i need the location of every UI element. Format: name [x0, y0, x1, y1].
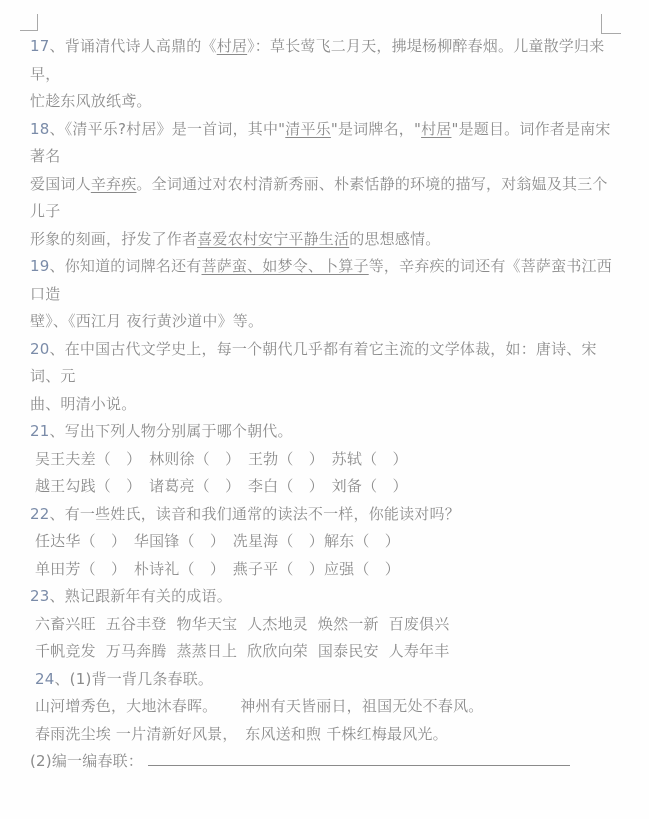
text-segment: 六畜兴旺 五谷丰登 物华天宝 人杰地灵 焕然一新 百废俱兴: [30, 615, 449, 633]
text-line: 吴王夫差（ ） 林则徐（ ） 王勃（ ） 苏轼（ ）: [30, 446, 622, 474]
text-line: 爱国词人辛弃疾。全词通过对农村清新秀丽、朴素恬静的环境的描写，对翁媪及其三个儿子: [30, 171, 622, 226]
document-page: 17、背诵清代诗人高鼎的《村居》：草长莺飞二月天，拂堤杨柳醉春烟。儿童散学归来早…: [0, 0, 649, 819]
text-line: 17、背诵清代诗人高鼎的《村居》：草长莺飞二月天，拂堤杨柳醉春烟。儿童散学归来早…: [30, 33, 622, 88]
text-segment: 的思想感情。: [349, 230, 440, 248]
text-segment: 爱国词人: [30, 175, 91, 193]
underlined-text: 菩萨蛮、如梦令、卜算子: [202, 257, 369, 275]
text-line: 千帆竞发 万马奔腾 蒸蒸日上 欣欣向荣 国泰民安 人寿年丰: [30, 638, 622, 666]
text-segment: 任达华（ ） 华国锋（ ） 冼星海（ ）解东（ ）: [30, 532, 400, 550]
margin-crop-mark-top-left-icon: [20, 14, 38, 31]
text-segment: 吴王夫差（ ） 林则徐（ ） 王勃（ ） 苏轼（ ）: [30, 450, 408, 468]
text-segment: 山河增秀色，大地沐春晖。 神州有天皆丽日，祖国无处不春风。: [30, 697, 483, 715]
answer-blank-line[interactable]: [148, 749, 570, 766]
text-segment: 单田芳（ ） 朴诗礼（ ） 燕子平（ ）应强（ ）: [30, 560, 400, 578]
text-line: 形象的刻画，抒发了作者喜爱农村安宁平静生活的思想感情。: [30, 226, 622, 254]
item-number: 23: [30, 587, 50, 605]
text-segment: 、背诵清代诗人高鼎的《: [50, 37, 217, 55]
text-segment: 曲、明清小说。: [30, 395, 136, 413]
underlined-text: 清平乐: [285, 120, 331, 138]
text-line: 22、有一些姓氏，读音和我们通常的读法不一样，你能读对吗？: [30, 501, 622, 529]
text-segment: (2)编一编春联：: [30, 752, 148, 770]
text-line: 越王勾践（ ） 诸葛亮（ ） 李白（ ） 刘备（ ）: [30, 473, 622, 501]
text-line: 21、写出下列人物分别属于哪个朝代。: [30, 418, 622, 446]
text-segment: 春雨洗尘埃 一片清新好风景， 东风送和煦 千株红梅最风光。: [30, 725, 448, 743]
text-segment: "是词牌名，": [331, 120, 421, 138]
item-number: 20: [30, 340, 50, 358]
document-content: 17、背诵清代诗人高鼎的《村居》：草长莺飞二月天，拂堤杨柳醉春烟。儿童散学归来早…: [30, 33, 622, 776]
text-line: 19、你知道的词牌名还有菩萨蛮、如梦令、卜算子等，辛弃疾的词还有《菩萨蛮书江西口…: [30, 253, 622, 308]
text-line: 壁》、《西江月 夜行黄沙道中》等。: [30, 308, 622, 336]
item-number: 19: [30, 257, 50, 275]
margin-crop-mark-top-right-icon: [601, 14, 621, 34]
text-segment: 形象的刻画，抒发了作者: [30, 230, 197, 248]
underlined-text: 辛弃疾: [91, 175, 137, 193]
text-line: 20、在中国古代文学史上，每一个朝代几乎都有着它主流的文学体裁，如：唐诗、宋词、…: [30, 336, 622, 391]
underlined-text: 村居: [217, 37, 247, 55]
text-segment: 壁》、《西江月 夜行黄沙道中》等。: [30, 312, 263, 330]
underlined-text: 喜爱农村安宁平静生活: [197, 230, 349, 248]
text-segment: 越王勾践（ ） 诸葛亮（ ） 李白（ ） 刘备（ ）: [30, 477, 408, 495]
text-segment: 、在中国古代文学史上，每一个朝代几乎都有着它主流的文学体裁，如：唐诗、宋词、元: [30, 340, 597, 386]
underlined-text: 村居: [421, 120, 451, 138]
text-line: 六畜兴旺 五谷丰登 物华天宝 人杰地灵 焕然一新 百废俱兴: [30, 611, 622, 639]
text-segment: 、写出下列人物分别属于哪个朝代。: [50, 422, 293, 440]
text-line: 任达华（ ） 华国锋（ ） 冼星海（ ）解东（ ）: [30, 528, 622, 556]
text-line: 23、熟记跟新年有关的成语。: [30, 583, 622, 611]
text-segment: 、你知道的词牌名还有: [50, 257, 202, 275]
text-line: 单田芳（ ） 朴诗礼（ ） 燕子平（ ）应强（ ）: [30, 556, 622, 584]
item-number: 18: [30, 120, 50, 138]
item-number: 22: [30, 505, 50, 523]
text-segment: 、(1)背一背几条春联。: [54, 670, 213, 688]
item-number: 24: [35, 670, 55, 688]
text-line: 曲、明清小说。: [30, 391, 622, 419]
text-line: 春雨洗尘埃 一片清新好风景， 东风送和煦 千株红梅最风光。: [30, 721, 622, 749]
text-segment: 忙趁东风放纸鸢。: [30, 92, 152, 110]
text-line: 山河增秀色，大地沐春晖。 神州有天皆丽日，祖国无处不春风。: [30, 693, 622, 721]
text-line: 18、《清平乐?村居》是一首词，其中"清平乐"是词牌名，"村居"是题目。词作者是…: [30, 116, 622, 171]
text-segment: 、有一些姓氏，读音和我们通常的读法不一样，你能读对吗？: [50, 505, 460, 523]
text-segment: 千帆竞发 万马奔腾 蒸蒸日上 欣欣向荣 国泰民安 人寿年丰: [30, 642, 449, 660]
text-line: (2)编一编春联：: [30, 748, 622, 776]
item-number: 17: [30, 37, 50, 55]
text-line: 忙趁东风放纸鸢。: [30, 88, 622, 116]
item-number: 21: [30, 422, 50, 440]
text-line: 24、(1)背一背几条春联。: [30, 666, 622, 694]
text-segment: 、熟记跟新年有关的成语。: [50, 587, 232, 605]
text-segment: 、《清平乐?村居》是一首词，其中": [50, 120, 286, 138]
